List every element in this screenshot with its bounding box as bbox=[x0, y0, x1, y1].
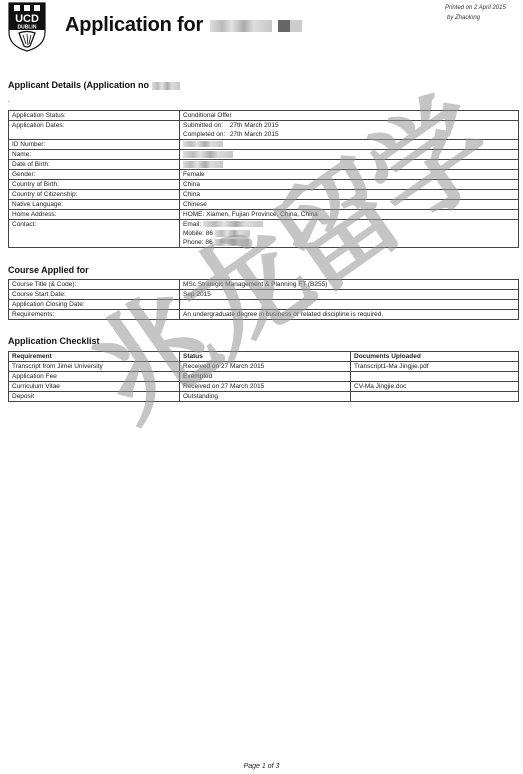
course-table: Course Title (& Code):MSc Strategic Mana… bbox=[8, 279, 519, 320]
redacted-phone bbox=[214, 239, 249, 246]
table-row: Transcript from Jimei UniversityReceived… bbox=[9, 362, 519, 372]
redacted-application-number bbox=[152, 82, 180, 90]
table-row: Application Status:Conditional Offer bbox=[9, 111, 519, 121]
table-row: ID Number: bbox=[9, 140, 519, 150]
table-row: DepositOutstanding bbox=[9, 392, 519, 402]
application-status: Conditional Offer bbox=[180, 111, 519, 121]
dot-mark: . bbox=[8, 98, 10, 104]
redacted-name bbox=[183, 151, 233, 158]
applicant-details-heading: Applicant Details (Application no bbox=[8, 80, 180, 90]
table-row: Application FeeExempted bbox=[9, 372, 519, 382]
redacted-date-of-birth bbox=[183, 161, 223, 168]
print-info: Printed on 2 April 2015 by Zhaolong bbox=[445, 3, 506, 23]
printed-date: Printed on 2 April 2015 bbox=[445, 3, 506, 13]
page-title: Application for bbox=[65, 14, 302, 37]
document-link: Transcript1-Ma Jingjie.pdf bbox=[351, 362, 519, 372]
table-row: Course Start Date:Sep 2015 bbox=[9, 290, 519, 300]
table-row: Country of Birth:China bbox=[9, 180, 519, 190]
table-row: Gender:Female bbox=[9, 170, 519, 180]
svg-text:UCD: UCD bbox=[15, 13, 39, 25]
table-row: Name: bbox=[9, 150, 519, 160]
redacted-id-number bbox=[183, 141, 223, 147]
redacted-course-name bbox=[210, 20, 272, 32]
table-row: Application Dates: Submitted on: 27th Ma… bbox=[9, 121, 519, 140]
table-row: Country of Citizenship:China bbox=[9, 190, 519, 200]
table-row: Date of Birth: bbox=[9, 160, 519, 170]
svg-text:DUBLIN: DUBLIN bbox=[18, 25, 37, 31]
checklist-table: Requirement Status Documents Uploaded Tr… bbox=[8, 351, 519, 402]
redacted-email bbox=[203, 221, 263, 227]
page-number: Page 1 of 3 bbox=[0, 763, 523, 770]
document-link: CV-Ma Jingjie.doc bbox=[351, 382, 519, 392]
table-row: Curriculum VitaeReceived on 27 March 201… bbox=[9, 382, 519, 392]
applicant-details-table: Application Status:Conditional Offer App… bbox=[8, 110, 519, 248]
table-row: Course Title (& Code):MSc Strategic Mana… bbox=[9, 280, 519, 290]
table-row: Requirements:An undergraduate degree in … bbox=[9, 310, 519, 320]
ucd-logo: UCD DUBLIN bbox=[8, 2, 46, 52]
course-title: MSc Strategic Management & Planning FT (… bbox=[180, 280, 519, 290]
table-header-row: Requirement Status Documents Uploaded bbox=[9, 352, 519, 362]
table-row: Contact: Email: Mobile: 86 Phone: 86 bbox=[9, 220, 519, 248]
table-row: Native Language:Chinese bbox=[9, 200, 519, 210]
printed-by: by Zhaolong bbox=[445, 13, 506, 23]
redacted-course-name-suffix bbox=[278, 20, 302, 32]
completed-date: 27th March 2015 bbox=[230, 131, 279, 138]
table-row: Home Address:HOME: Xiamen, Fujian Provin… bbox=[9, 210, 519, 220]
submitted-date: 27th March 2015 bbox=[230, 122, 279, 129]
checklist-heading: Application Checklist bbox=[8, 336, 100, 346]
course-heading: Course Applied for bbox=[8, 265, 89, 275]
table-row: Application Closing Date: bbox=[9, 300, 519, 310]
redacted-mobile bbox=[215, 230, 250, 237]
